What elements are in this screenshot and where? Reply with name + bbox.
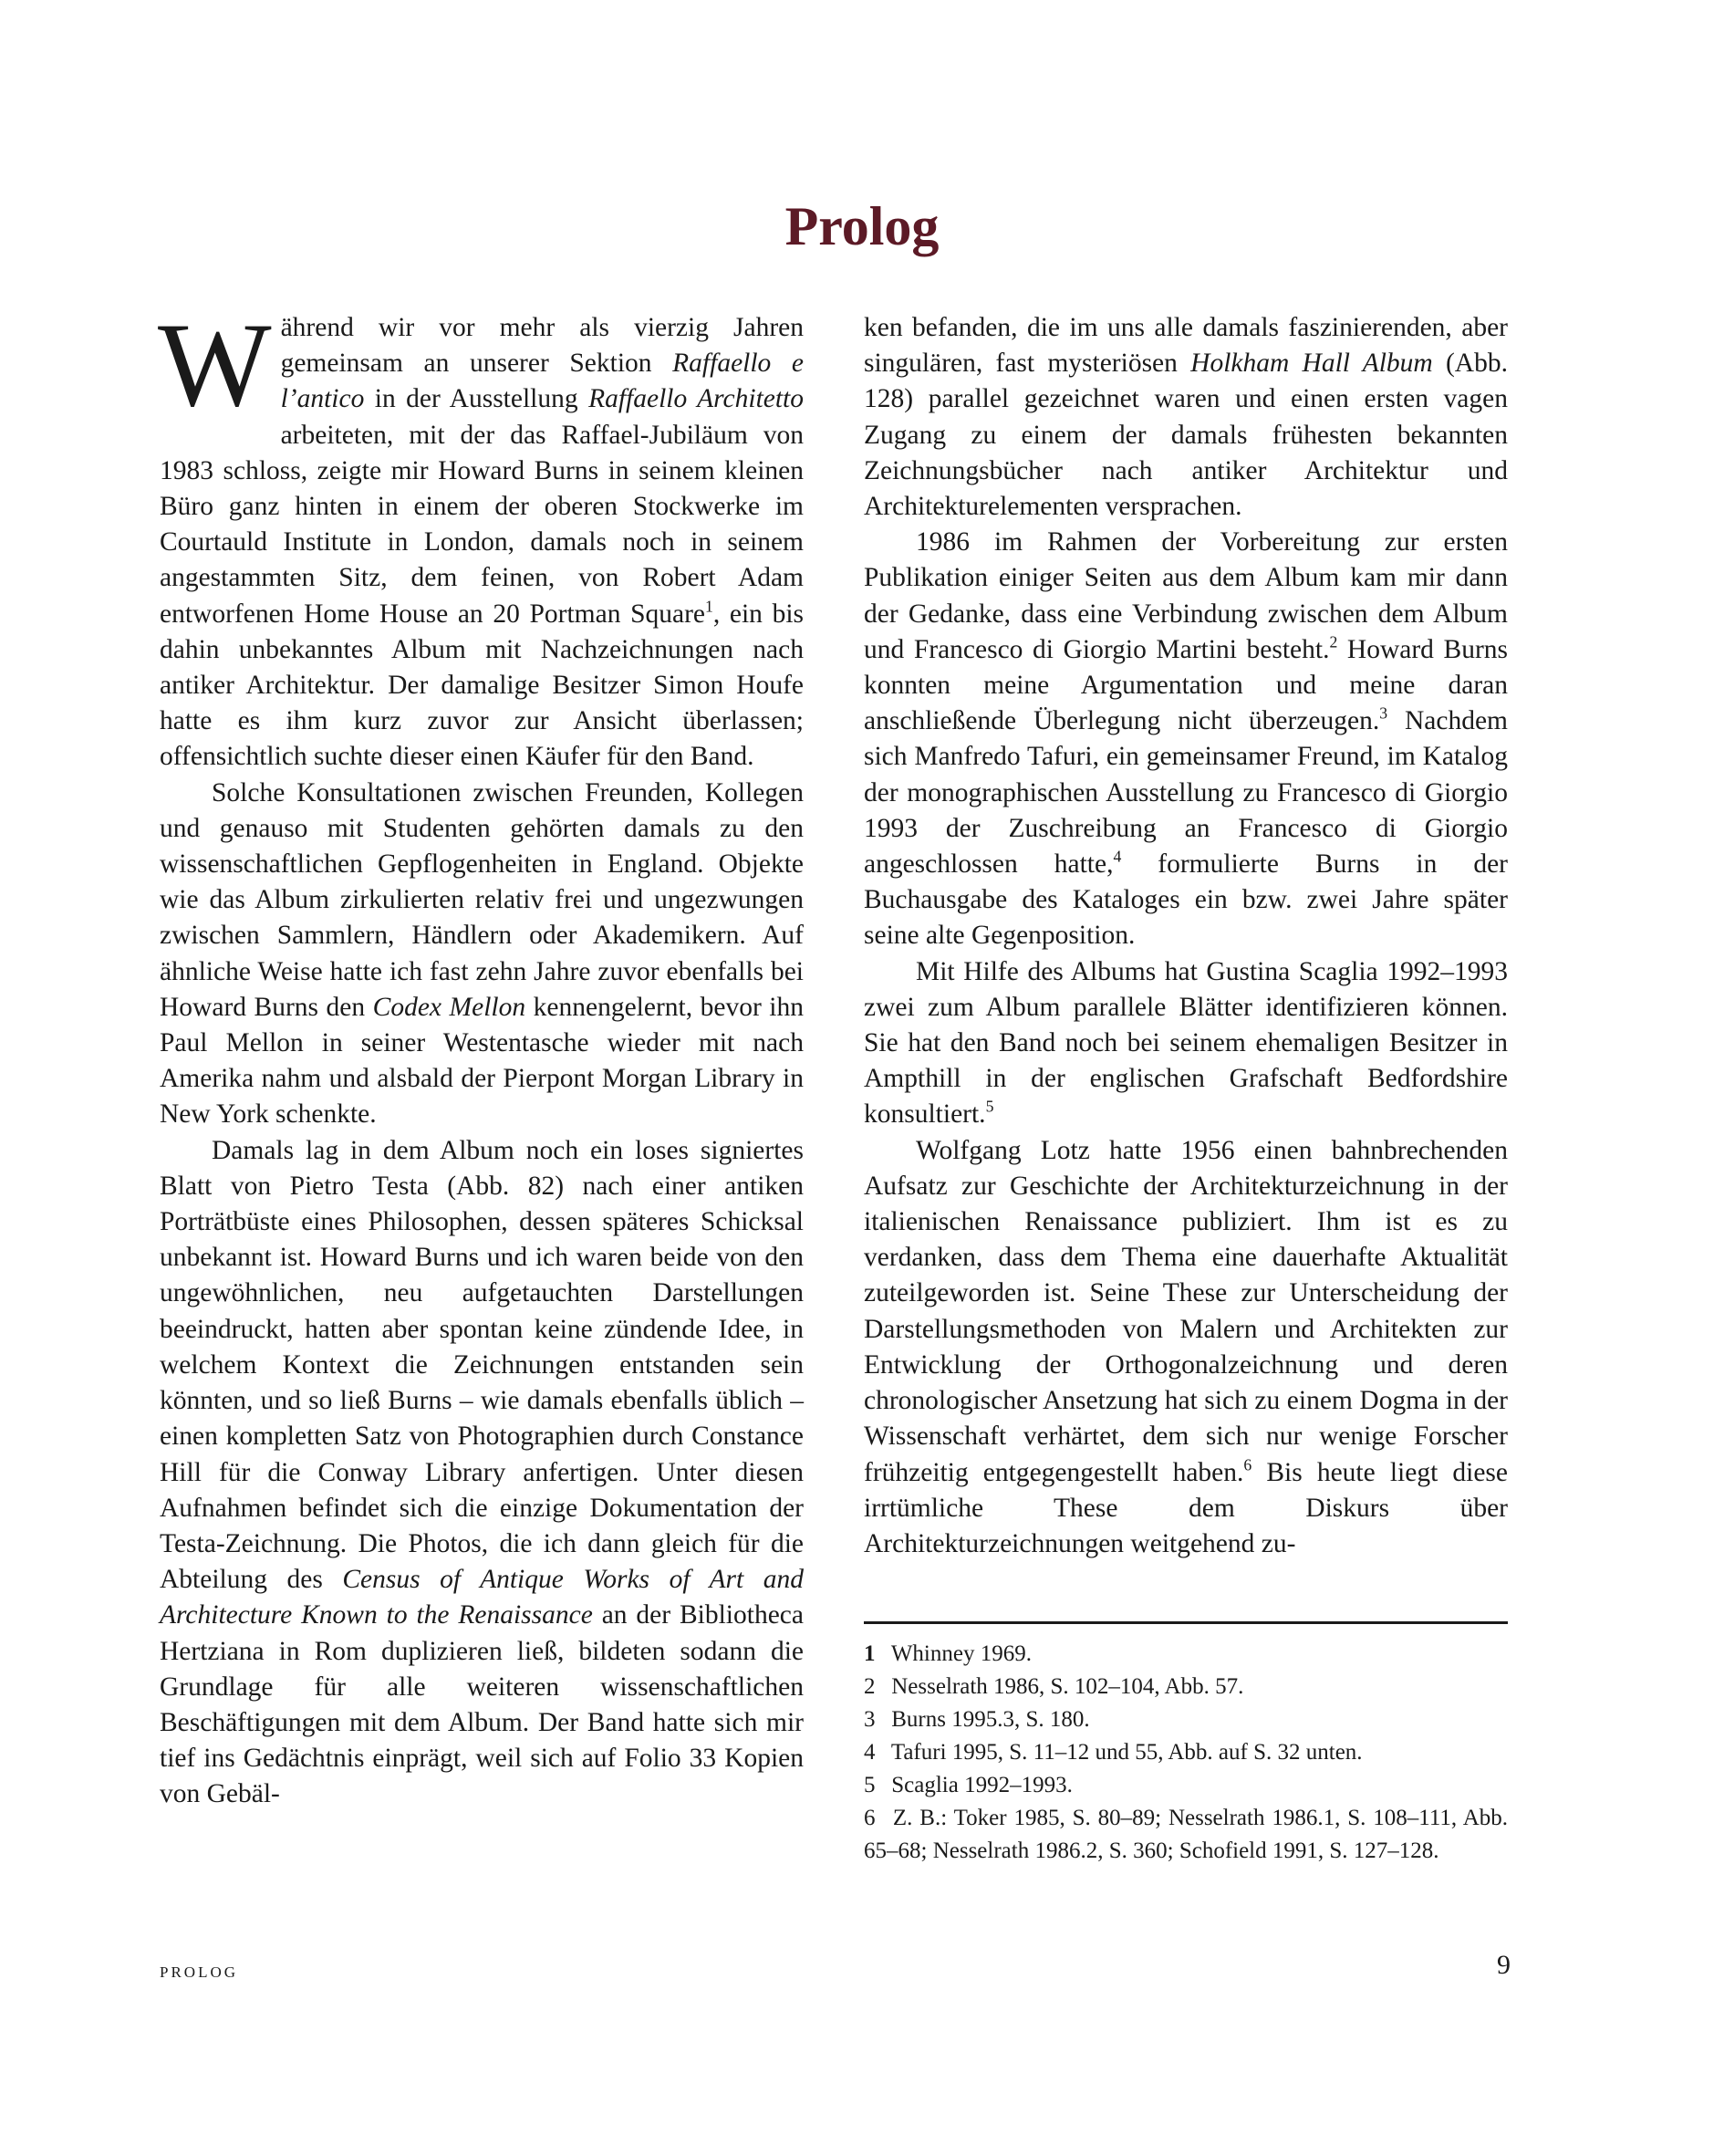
text-run: Mit Hilfe des Albums hat Gustina Scaglia… (864, 957, 1508, 1130)
body-column-left: Während wir vor mehr als vierzig Jahren … (160, 310, 804, 1813)
italic-title: Holkham Hall Album (1190, 349, 1433, 378)
italic-title: Raffaello Architetto (588, 384, 804, 413)
text-run: Solche Konsultationen zwischen Freunden,… (160, 778, 804, 1022)
page-title: Prolog (0, 190, 1724, 263)
footnote-number: 2 (864, 1671, 886, 1703)
drop-cap: W (158, 316, 272, 418)
footnote-number: 5 (864, 1769, 886, 1802)
footnote-text: Nesselrath 1986, S. 102–104, Abb. 57. (891, 1674, 1243, 1699)
footnote-ref[interactable]: 6 (1243, 1455, 1251, 1474)
paragraph: ken befanden, die im uns alle damals fas… (864, 310, 1508, 525)
footnote-ref[interactable]: 1 (705, 597, 713, 615)
footnote-ref[interactable]: 3 (1379, 704, 1387, 723)
footnote-item: 6 Z. B.: Toker 1985, S. 80–89; Nesselrat… (864, 1802, 1508, 1868)
footnote-text: Burns 1995.3, S. 180. (891, 1707, 1089, 1732)
footnote-number: 3 (864, 1703, 886, 1736)
footnote-text: Scaglia 1992–1993. (891, 1773, 1073, 1797)
text-run: an der Bibliotheca Hertziana in Rom dupl… (160, 1600, 804, 1808)
footnote-text: Whinney 1969. (891, 1641, 1032, 1666)
footnote-text: Tafuri 1995, S. 11–12 und 55, Abb. auf S… (891, 1740, 1363, 1765)
paragraph: 1986 im Rahmen der Vorbereitung zur erst… (864, 525, 1508, 953)
footnote-item: 2 Nesselrath 1986, S. 102–104, Abb. 57. (864, 1671, 1508, 1703)
footnote-item: 5 Scaglia 1992–1993. (864, 1769, 1508, 1802)
paragraph: Während wir vor mehr als vierzig Jahren … (160, 310, 804, 776)
footnote-divider (864, 1621, 1508, 1624)
footnote-item: 1 Whinney 1969. (864, 1638, 1508, 1671)
paragraph: Solche Konsultationen zwischen Freunden,… (160, 776, 804, 1133)
page-number: 9 (1492, 1950, 1511, 1981)
text-run: Damals lag in dem Album noch ein loses s… (160, 1136, 804, 1594)
footnote-ref[interactable]: 4 (1113, 848, 1121, 866)
footnote-ref[interactable]: 5 (986, 1098, 994, 1116)
italic-title: Codex Mellon (373, 993, 525, 1022)
footnotes-list: 1 Whinney 1969. 2 Nesselrath 1986, S. 10… (864, 1638, 1508, 1868)
running-head: PROLOG (160, 1963, 238, 1982)
footnote-number: 4 (864, 1736, 886, 1769)
footnote-number: 6 (864, 1802, 886, 1835)
paragraph: Mit Hilfe des Albums hat Gustina Scaglia… (864, 954, 1508, 1133)
footnote-number: 1 (864, 1638, 886, 1671)
footnote-text: Z. B.: Toker 1985, S. 80–89; Nesselrath … (864, 1806, 1508, 1863)
footnote-item: 3 Burns 1995.3, S. 180. (864, 1703, 1508, 1736)
footnote-item: 4 Tafuri 1995, S. 11–12 und 55, Abb. auf… (864, 1736, 1508, 1769)
text-run: Wolfgang Lotz hatte 1956 einen bahnbrech… (864, 1136, 1508, 1487)
paragraph: Damals lag in dem Album noch ein loses s… (160, 1133, 804, 1813)
body-column-right: ken befanden, die im uns alle damals fas… (864, 310, 1508, 1562)
footnote-ref[interactable]: 2 (1329, 632, 1337, 651)
paragraph: Wolfgang Lotz hatte 1956 einen bahnbrech… (864, 1133, 1508, 1562)
text-run: in der Ausstellung (364, 384, 588, 413)
